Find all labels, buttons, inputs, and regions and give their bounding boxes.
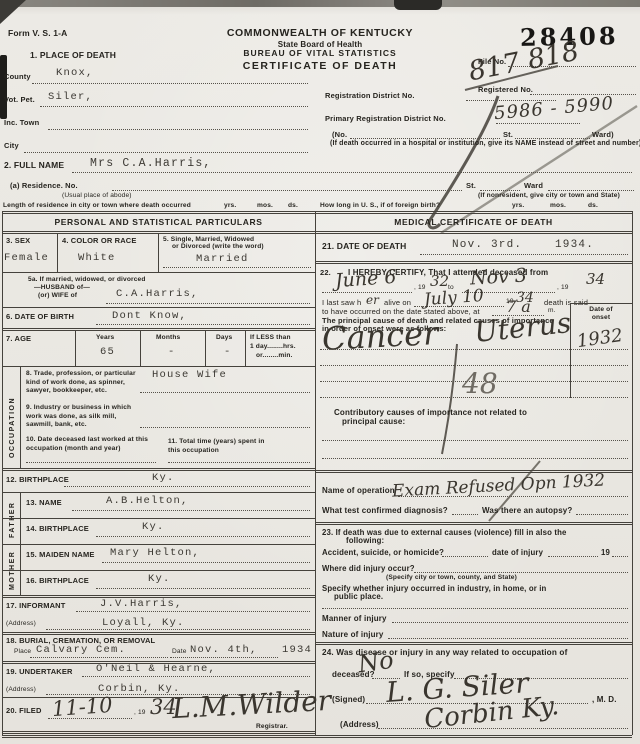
less-than-2: 1 day........hrs. (250, 343, 296, 350)
burial-date-line (170, 657, 278, 658)
length-residence-label: Length of residence in city or town wher… (3, 202, 191, 209)
father-name-label: 13. NAME (26, 498, 62, 507)
burial-year-value: 1934 (282, 644, 312, 656)
husband-line (106, 303, 310, 304)
q23-accident-label: Accident, suicide, or homicide? (322, 548, 444, 557)
q23-where-label: Where did injury occur? (322, 564, 415, 573)
occ8-value: House Wife (152, 369, 227, 381)
residence-st-label: St. (466, 181, 476, 190)
scan-edge-left (0, 55, 7, 119)
st-label: St. (503, 130, 513, 139)
mother-name-line (102, 562, 310, 563)
date-of-death-label: 21. DATE OF DEATH (322, 241, 406, 251)
q23-text-2: following: (346, 536, 384, 545)
no-line (350, 138, 500, 139)
nature-of-injury-line (388, 638, 628, 639)
q23-injury-date-label: date of injury (492, 548, 543, 557)
birthplace-label: 12. BIRTHPLACE (6, 475, 69, 484)
father-bp-value: Ky. (142, 521, 165, 533)
how-long-us-label: How long in U. S., if of foreign birth? (320, 202, 440, 209)
county-line (32, 83, 308, 84)
age-label: 7. AGE (6, 334, 31, 343)
occ11-line (168, 462, 310, 463)
saw-alive-text-2: alive on (384, 298, 411, 307)
marital-value: Married (196, 253, 249, 265)
age-div-3 (205, 331, 206, 366)
informant-line (76, 611, 310, 612)
title-certificate: CERTIFICATE OF DEATH (180, 60, 460, 72)
q24-no-value: No (357, 648, 395, 677)
saw-er-value: er (366, 294, 379, 306)
row-rule-11 (2, 632, 315, 635)
q23-accident-line (442, 556, 488, 557)
father-side-label: FATHER (9, 502, 16, 538)
row-rule-3 (2, 328, 315, 331)
occupation-inner-border (20, 366, 21, 468)
marital-label-1: 5. Single, Married, Widowed (163, 236, 254, 243)
months-label: Months (156, 334, 180, 341)
sex-label: 3. SEX (6, 236, 30, 245)
occ9-line (140, 427, 310, 428)
onset-value: 1932 (576, 327, 624, 351)
cell-divider-color (158, 233, 159, 272)
occupation-side-label: OCCUPATION (9, 397, 16, 458)
table-left-border (2, 211, 3, 735)
onset-label-2: onset (572, 314, 630, 321)
attended-from-value: June 6 (334, 268, 397, 291)
physician-address-label: (Address) (340, 720, 379, 729)
form-number: Form V. S. 1-A (8, 28, 67, 38)
q23-injury-date-line (548, 556, 598, 557)
certify-number: 22. (320, 268, 331, 277)
informant-label: 17. INFORMANT (6, 601, 65, 610)
scan-blotch-top (394, 0, 442, 10)
contributory-line-1 (322, 440, 628, 441)
color-label: 4. COLOR OR RACE (62, 236, 137, 245)
q23-19-line (612, 556, 628, 557)
manner-of-injury-label: Manner of injury (322, 614, 387, 623)
abode-note: (Usual place of abode) (62, 192, 132, 199)
test-label: What test confirmed diagnosis? (322, 506, 448, 515)
occ8-label: 8. Trade, profession, or particular kind… (26, 370, 144, 396)
column-divider (315, 211, 316, 735)
st-line (515, 138, 590, 139)
dob-label: 6. DATE OF BIRTH (6, 312, 74, 321)
occ9-label: 9. Industry or business in which work wa… (26, 404, 144, 430)
undertaker-value: O'Neil & Hearne, (96, 663, 216, 675)
attended-to-year: 34 (586, 272, 605, 287)
right-column-header: MEDICAL CERTIFICATE OF DEATH (315, 217, 632, 227)
occurred-text: to have occurred on the date stated abov… (322, 307, 480, 316)
date-of-death-value: Nov. 3rd. (452, 239, 522, 251)
certify-comma19b: , 19 (557, 284, 569, 291)
husband-label-3: (or) WIFE of (38, 292, 77, 299)
row-rule-5 (2, 468, 315, 471)
med-rule-3 (315, 522, 632, 525)
age-months-value: - (168, 346, 176, 358)
cause-of-death-word-2: Uterus (473, 309, 573, 347)
table-top-rule (2, 211, 632, 214)
left-column-header: PERSONAL AND STATISTICAL PARTICULARS (2, 217, 315, 227)
title-bureau: BUREAU OF VITAL STATISTICS (180, 48, 460, 58)
filed-19-label: , 19 (134, 709, 146, 716)
physician-address-line (378, 728, 628, 729)
md-label: , M. D. (592, 695, 617, 704)
table-bottom-rule (2, 735, 632, 738)
age-years-value: 65 (100, 346, 115, 358)
birthplace-line (64, 486, 310, 487)
husband-label-1: 5a. If married, widowed, or divorced (28, 276, 146, 283)
father-bp-line (96, 536, 310, 537)
residence-st-line (480, 190, 520, 191)
occ10-line (26, 462, 156, 463)
less-than-3: or........min. (256, 352, 293, 359)
q23-19-label: 19 (601, 548, 610, 557)
primary-reg-label: Primary Registration District No. (325, 114, 446, 123)
filed-line (48, 718, 132, 719)
row-rule-7 (2, 518, 315, 519)
length-ds: ds. (288, 202, 298, 209)
registrar-label: Registrar. (256, 723, 288, 730)
scan-edge-top (0, 0, 640, 7)
informant-addr-label: (Address) (6, 620, 36, 627)
marital-label-2: or Divorced (write the word) (172, 243, 264, 250)
autopsy-label: Was there an autopsy? (482, 506, 572, 515)
onset-label-1: Date of (572, 306, 630, 313)
age-div-2 (140, 331, 141, 366)
votpet-label: Vot. Pet. (4, 95, 35, 104)
reg-district-value: 817 818 (466, 38, 581, 86)
votpet-line (40, 106, 308, 107)
dob-line (96, 324, 310, 325)
reg-district-label: Registration District No. (325, 91, 415, 100)
mother-bp-label: 16. BIRTHPLACE (26, 576, 89, 585)
occ8-line (140, 392, 310, 393)
age-div-1 (75, 331, 76, 366)
residence-line (112, 190, 462, 191)
undertaker-label: 19. UNDERTAKER (6, 667, 73, 676)
attended-to-value: Nov 3 (470, 267, 528, 289)
registered-no-label: Registered No. (478, 85, 533, 94)
inctown-label: Inc. Town (4, 118, 39, 127)
birthplace-value: Ky. (152, 472, 175, 484)
city-line (24, 152, 308, 153)
row-rule-8 (2, 544, 315, 545)
q23-text-6b: public place. (334, 592, 383, 601)
row-rule-9 (2, 570, 315, 571)
burial-place-label: Place (14, 648, 31, 655)
onset-box-top (570, 303, 632, 304)
marital-line (163, 267, 311, 268)
nonresident-note: (If nonresident, give city or town and S… (478, 192, 620, 199)
husband-value: C.A.Harris, (116, 288, 199, 300)
inctown-line (48, 129, 308, 130)
occ10-label: 10. Date deceased last worked at this oc… (26, 436, 151, 453)
undertaker-line (82, 676, 310, 677)
primary-reg-line (496, 123, 580, 124)
med-rule-4 (315, 642, 632, 645)
votpet-value: Siler, (48, 91, 93, 103)
table-right-border (632, 211, 633, 735)
residence-ward-label: Ward (524, 181, 543, 190)
father-name-line (72, 510, 310, 511)
mother-bp-value: Ky. (148, 573, 171, 585)
undertaker-addr-label: (Address) (6, 686, 36, 693)
county-value: Knox, (56, 67, 94, 79)
row-rule-4 (2, 366, 315, 367)
us-mos: mos. (550, 202, 566, 209)
informant-addr-value: Loyall, Ky. (102, 617, 185, 629)
row-rule-6 (2, 492, 315, 493)
length-mos: mos. (257, 202, 273, 209)
burial-place-line (30, 657, 168, 658)
row-rule-2 (2, 307, 315, 308)
saw-alive-value: July 10 (423, 288, 484, 309)
us-yrs: yrs. (512, 202, 524, 209)
med-rule-1 (315, 261, 632, 264)
title-commonwealth: COMMONWEALTH OF KENTUCKY (180, 27, 460, 39)
burial-place-value: Calvary Cem. (36, 644, 126, 656)
test-line (452, 514, 478, 515)
q23-where-line (414, 572, 628, 573)
saw-alive-text-1: I last saw h (322, 298, 361, 307)
less-than-1: If LESS than (250, 334, 291, 341)
mother-name-value: Mary Helton, (110, 547, 200, 559)
cell-divider-sex (57, 233, 58, 272)
burial-date-value: Nov. 4th, (190, 644, 258, 656)
q23-specify-note: (Specify city or town, county, and State… (386, 574, 517, 581)
mother-bp-line (96, 588, 310, 589)
cause-line-2 (320, 365, 628, 366)
row-rule-14 (2, 731, 315, 734)
signed-label: (Signed) (332, 695, 365, 704)
city-label: City (4, 141, 19, 150)
full-name-label: 2. FULL NAME (4, 160, 64, 170)
informant-addr-line (46, 629, 310, 630)
husband-label-2: —HUSBAND of— (34, 284, 90, 291)
full-name-value: Mrs C.A.Harris, (90, 157, 212, 170)
full-name-line (72, 172, 632, 173)
age-days-value: - (224, 346, 232, 358)
pencil-48-value: 48 (462, 370, 498, 398)
years-label: Years (96, 334, 114, 341)
place-of-death-title: 1. PLACE OF DEATH (30, 50, 116, 60)
autopsy-line (576, 514, 628, 515)
contributory-text-1: Contributory causes of importance not re… (334, 408, 527, 417)
no-label: (No. (332, 130, 347, 139)
county-label: County (4, 72, 31, 81)
length-yrs: yrs. (224, 202, 236, 209)
registrar-signature: L.M.Wilder (171, 687, 331, 723)
sex-value: Female (4, 252, 49, 264)
date-of-death-line (420, 254, 628, 255)
occ11-label: 11. Total time (years) spent in this occ… (168, 438, 278, 455)
attended-from-year: 32 (430, 274, 449, 289)
father-name-value: A.B.Helton, (106, 495, 189, 507)
ward-label: Ward) (592, 130, 614, 139)
color-value: White (78, 252, 116, 264)
operation-label: Name of operation (322, 486, 395, 495)
informant-value: J.V.Harris, (100, 598, 183, 610)
dob-value: Dont Know, (112, 310, 187, 322)
row-rule-1 (2, 272, 315, 273)
contributory-line-2 (322, 458, 628, 459)
hospital-note: (If death occurred in a hospital or inst… (330, 140, 640, 147)
filed-date-value: 11-10 (51, 695, 113, 720)
death-certificate-scan: Form V. S. 1-A COMMONWEALTH OF KENTUCKY … (0, 0, 640, 744)
days-label: Days (216, 334, 232, 341)
mother-name-label: 15. MAIDEN NAME (26, 550, 95, 559)
residence-ward-line (548, 190, 634, 191)
header-bottom-rule (2, 231, 632, 234)
age-div-4 (245, 331, 246, 366)
q23-blank-line (322, 608, 628, 609)
nature-of-injury-label: Nature of injury (322, 630, 384, 639)
cause-line-1 (320, 349, 628, 350)
date-of-death-year: 1934. (555, 239, 594, 251)
burial-date-label: Date (172, 648, 187, 655)
us-ds: ds. (588, 202, 598, 209)
filed-label: 20. FILED (6, 706, 42, 715)
father-bp-label: 14. BIRTHPLACE (26, 524, 89, 533)
manner-of-injury-line (392, 622, 628, 623)
contributory-text-2: principal cause: (342, 417, 405, 426)
residence-label: (a) Residence. No. (10, 181, 78, 190)
